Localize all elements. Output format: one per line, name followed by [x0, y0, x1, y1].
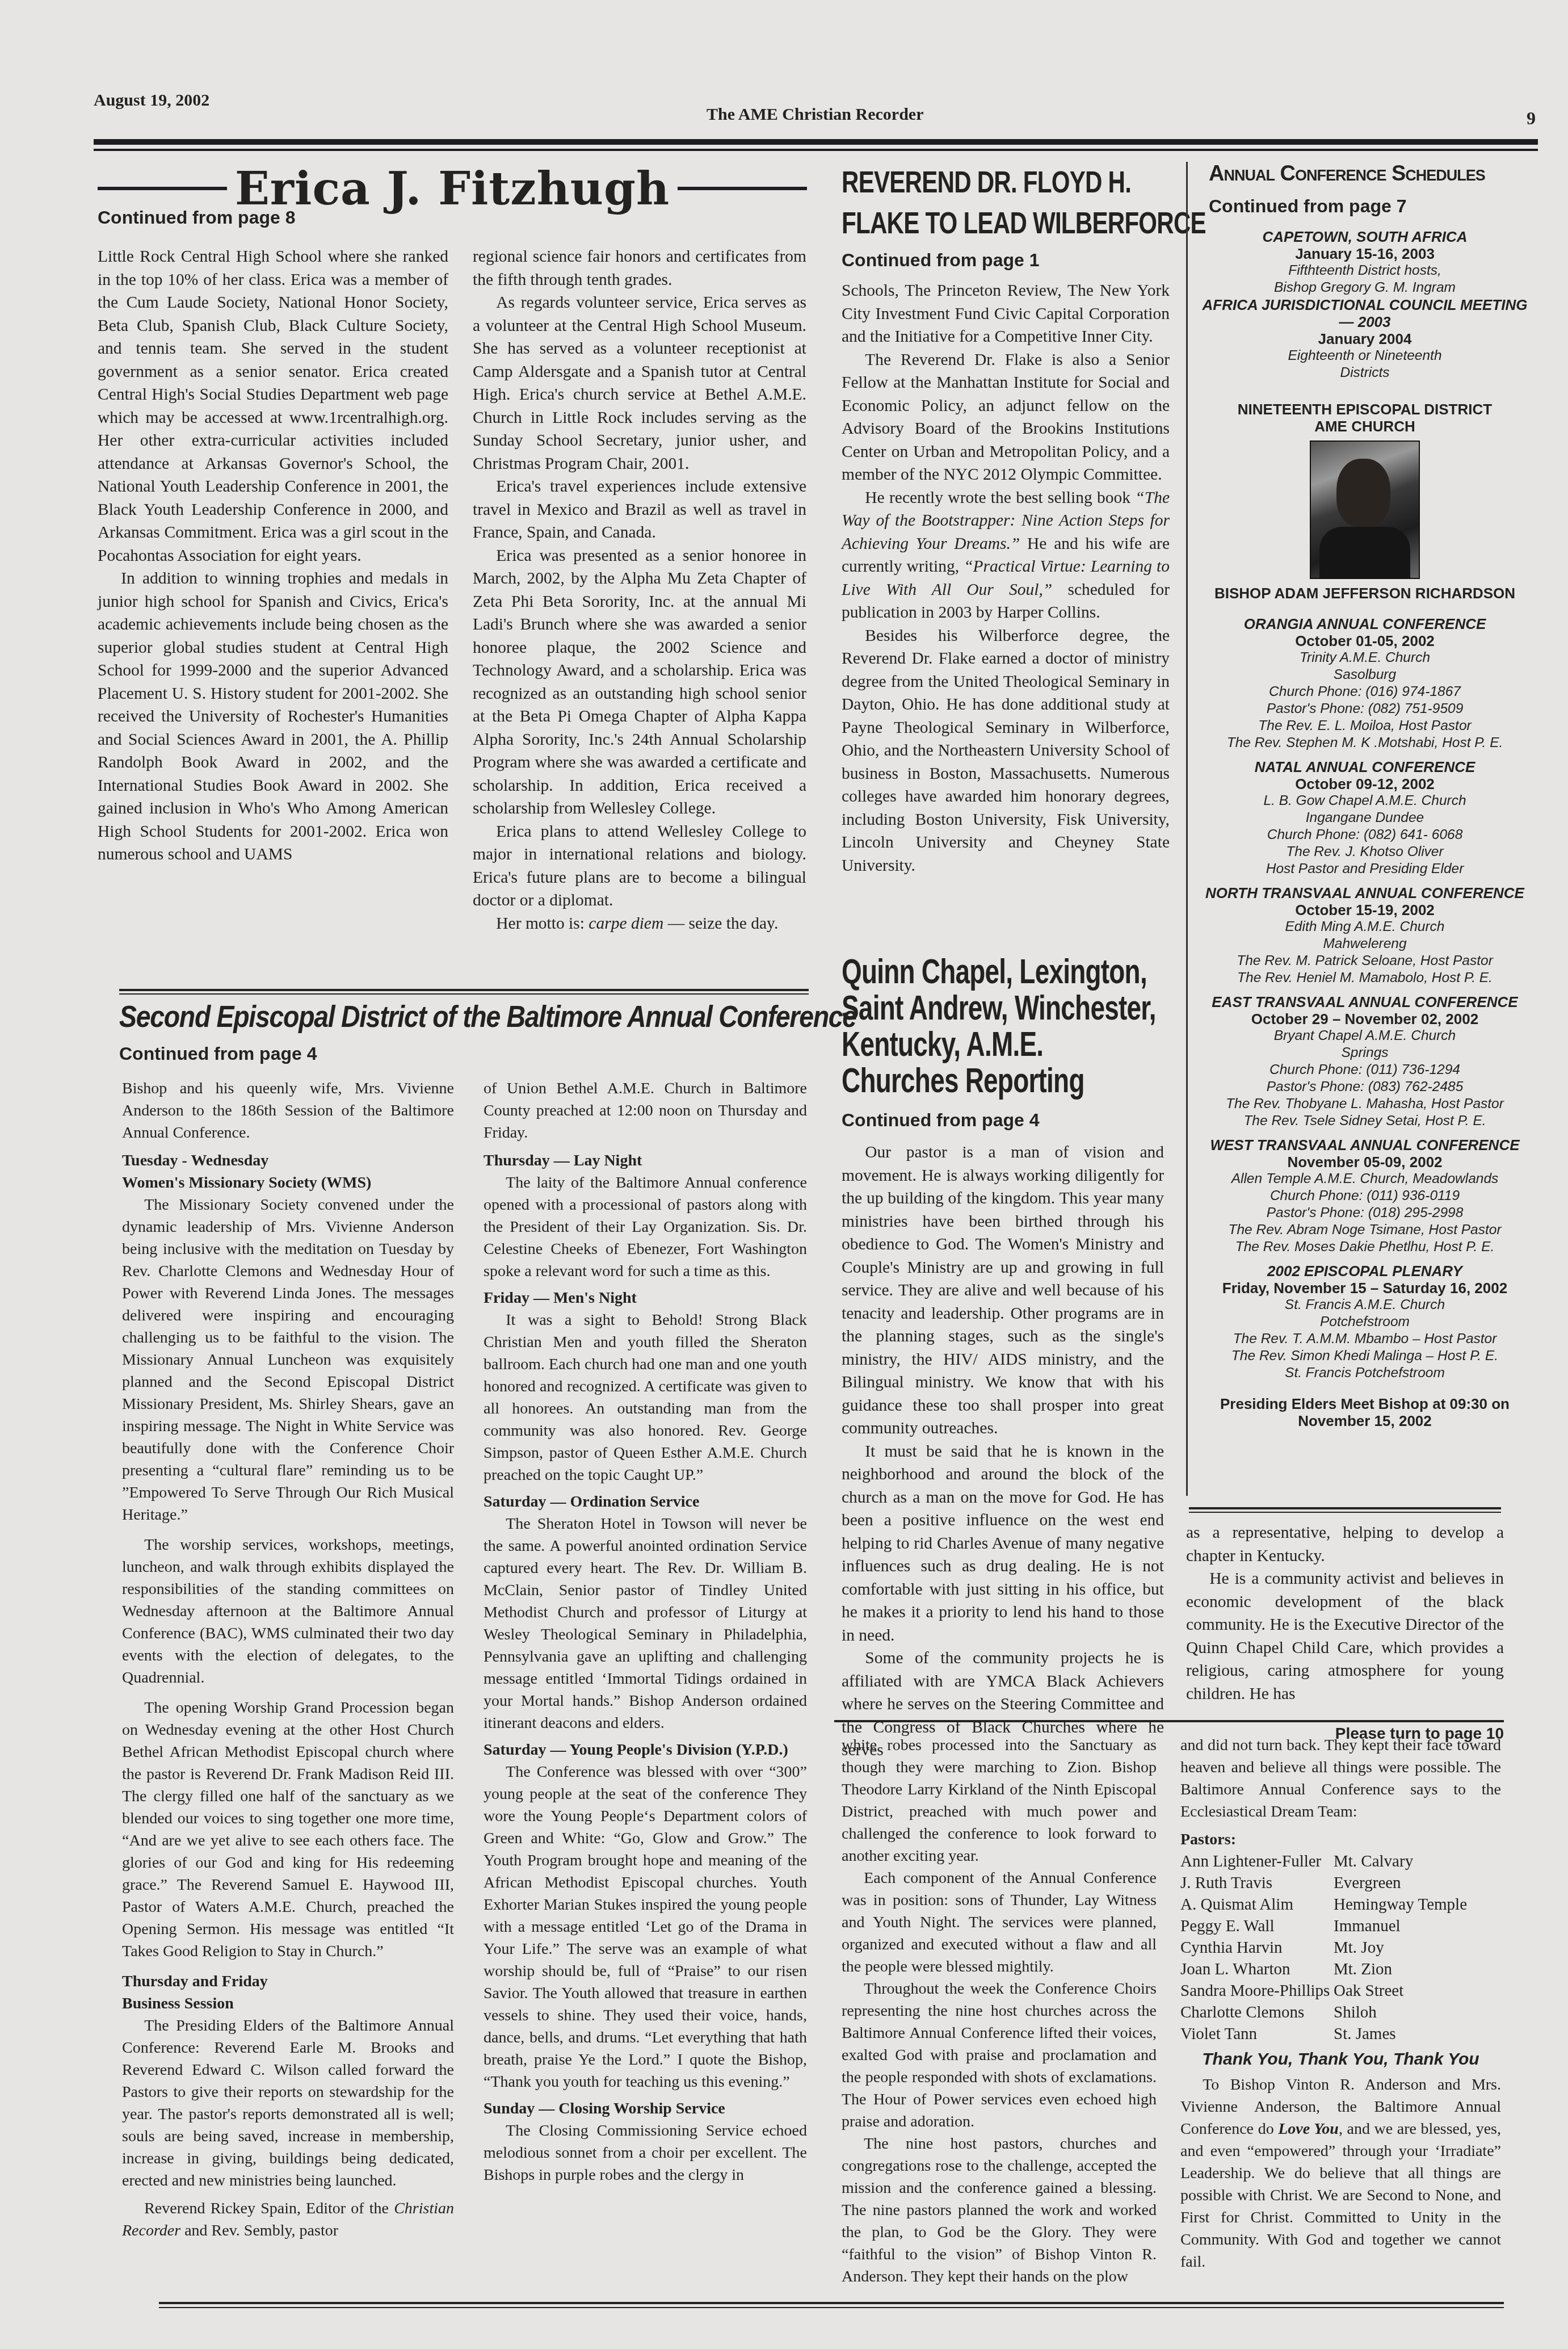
quinn-paragraph: He is a community activist and believes …: [1186, 1567, 1504, 1705]
conference-item: 2002 EPISCOPAL PLENARYFriday, November 1…: [1197, 1262, 1532, 1382]
pastor-name: A. Quismat Alim: [1180, 1894, 1334, 1915]
conference-detail: Church Phone: (082) 641- 6068: [1197, 827, 1532, 844]
erica-paragraph: regional science fair honors and certifi…: [473, 245, 806, 291]
conference-date: November 05-09, 2002: [1197, 1153, 1532, 1171]
conference-detail: Church Phone: (011) 736-1294: [1197, 1062, 1532, 1079]
quinn-paragraph: as a representative, helping to develop …: [1186, 1521, 1504, 1567]
masthead-rule: [94, 139, 1538, 145]
column-divider: [1186, 162, 1188, 1496]
conference-date: October 09-12, 2002: [1197, 775, 1532, 792]
conference-detail: Church Phone: (016) 974-1867: [1197, 683, 1532, 700]
headline-rule-right: [678, 187, 807, 190]
erica-column-2: regional science fair honors and certifi…: [473, 245, 806, 935]
pastor-church: Mt. Zion: [1334, 1958, 1501, 1980]
pastor-name: Cynthia Harvin: [1180, 1937, 1334, 1958]
conference-detail: The Rev. Thobyane L. Mahasha, Host Pasto…: [1197, 1096, 1532, 1113]
baltimore-column-4: and did not turn back. They kept their f…: [1180, 1734, 1501, 2273]
baltimore-continued: Continued from page 4: [119, 1043, 317, 1064]
erica-paragraph: Little Rock Central High School where sh…: [98, 245, 448, 567]
erica-paragraph: As regards volunteer service, Erica serv…: [473, 291, 806, 475]
conference-detail: The Rev. Simon Khedi Malinga – Host P. E…: [1197, 1348, 1532, 1365]
conference-detail: Pastor's Phone: (083) 762-2485: [1197, 1079, 1532, 1096]
portrait-suit: [1319, 527, 1410, 578]
masthead-rule-thin: [94, 149, 1538, 151]
conference-detail: L. B. Gow Chapel A.M.E. Church: [1197, 792, 1532, 809]
pastor-name: J. Ruth Travis: [1180, 1872, 1334, 1894]
erica-paragraph: Erica plans to attend Wellesley College …: [473, 820, 806, 912]
conference-detail: Sasolburg: [1197, 666, 1532, 683]
pastor-church: Oak Street: [1334, 1980, 1501, 2002]
conference-detail: Edith Ming A.M.E. Church: [1197, 918, 1532, 936]
erica-paragraph: Erica's travel experiences include exten…: [473, 475, 806, 544]
conference-detail: St. Francis A.M.E. Church: [1197, 1297, 1532, 1314]
schedule-item: CAPETOWN, SOUTH AFRICA January 15-16, 20…: [1197, 228, 1532, 296]
baltimore-column-3: white robes processed into the Sanctuary…: [842, 1734, 1157, 2288]
footer-rule: [159, 2302, 1504, 2304]
issue-date: August 19, 2002: [94, 91, 209, 110]
pastor-name: Ann Lightener-Fuller: [1180, 1851, 1334, 1872]
conference-detail: The Rev. T. A.M.M. Mbambo – Host Pastor: [1197, 1331, 1532, 1348]
conference-item: ORANGIA ANNUAL CONFERENCEOctober 01-05, …: [1197, 615, 1532, 752]
portrait-face: [1336, 459, 1390, 527]
flake-paragraph: Schools, The Princeton Review, The New Y…: [842, 279, 1170, 349]
conference-detail: Allen Temple A.M.E. Church, Meadowlands: [1197, 1171, 1532, 1188]
baltimore-headline: Second Episcopal District of the Baltimo…: [119, 999, 856, 1034]
conference-detail: The Rev. Moses Dakie Phetlhu, Host P. E.: [1197, 1239, 1532, 1256]
conference-date: October 15-19, 2002: [1197, 901, 1532, 918]
schedules-continued: Continued from page 7: [1209, 196, 1406, 217]
conference-date: Friday, November 15 – Saturday 16, 2002: [1197, 1280, 1532, 1297]
conference-detail: The Rev. J. Khotso Oliver: [1197, 844, 1532, 861]
conference-detail: Ingangane Dundee: [1197, 809, 1532, 827]
pastor-name: Peggy E. Wall: [1180, 1915, 1334, 1937]
conference-detail: Mahwelereng: [1197, 936, 1532, 953]
conference-detail: Bryant Chapel A.M.E. Church: [1197, 1027, 1532, 1045]
section-rule: [1189, 1507, 1501, 1509]
conference-detail: The Rev. Heniel M. Mamabolo, Host P. E.: [1197, 970, 1532, 987]
conference-detail: The Rev. M. Patrick Seloane, Host Pastor: [1197, 953, 1532, 970]
conference-detail: Potchefstroom: [1197, 1314, 1532, 1331]
page-number: 9: [1527, 108, 1536, 129]
pastor-church: Hemingway Temple: [1334, 1894, 1501, 1915]
flake-continued: Continued from page 1: [842, 250, 1039, 271]
erica-column-1: Little Rock Central High School where sh…: [98, 245, 448, 866]
section-rule: [1189, 1512, 1501, 1513]
quinn-continued-column: as a representative, helping to develop …: [1186, 1521, 1504, 1746]
section-rule: [119, 993, 809, 995]
conference-name: 2002 EPISCOPAL PLENARY: [1197, 1262, 1532, 1280]
conference-item: NATAL ANNUAL CONFERENCEOctober 09-12, 20…: [1197, 758, 1532, 878]
pastor-name: Charlotte Clemons: [1180, 2002, 1334, 2023]
conference-detail: The Rev. Abram Noge Tsimane, Host Pastor: [1197, 1222, 1532, 1239]
conference-date: October 29 – November 02, 2002: [1197, 1010, 1532, 1027]
quinn-column: Our pastor is a man of vision and moveme…: [842, 1141, 1164, 1762]
bishop-caption: BISHOP ADAM JEFFERSON RICHARDSON: [1197, 585, 1532, 602]
schedules-headline: Annual Conference Schedules: [1209, 162, 1485, 186]
conference-name: NORTH TRANSVAAL ANNUAL CONFERENCE: [1197, 884, 1532, 901]
pastor-name: Violet Tann: [1180, 2023, 1334, 2045]
flake-paragraph: The Reverend Dr. Flake is also a Senior …: [842, 349, 1170, 486]
conference-name: WEST TRANSVAAL ANNUAL CONFERENCE: [1197, 1136, 1532, 1153]
quinn-continued: Continued from page 4: [842, 1110, 1039, 1131]
publication-name: The AME Christian Recorder: [707, 105, 923, 124]
footer-rule: [159, 2307, 1504, 2308]
schedule-item: AFRICA JURISDICTIONAL COUNCIL MEETING — …: [1197, 296, 1532, 381]
presiding-elders-note: Presiding Elders Meet Bishop at 09:30 on…: [1197, 1395, 1532, 1429]
conference-name: EAST TRANSVAAL ANNUAL CONFERENCE: [1197, 993, 1532, 1010]
conference-item: NORTH TRANSVAAL ANNUAL CONFERENCEOctober…: [1197, 884, 1532, 987]
conference-detail: The Rev. E. L. Moiloa, Host Pastor: [1197, 718, 1532, 735]
conference-detail: Pastor's Phone: (082) 751-9509: [1197, 700, 1532, 718]
pastor-church: Mt. Joy: [1334, 1937, 1501, 1958]
flake-paragraph: Besides his Wilberforce degree, the Reve…: [842, 624, 1170, 878]
quinn-headline: Quinn Chapel, Lexington, Saint Andrew, W…: [842, 954, 1156, 1099]
schedule-list: CAPETOWN, SOUTH AFRICA January 15-16, 20…: [1197, 228, 1532, 1429]
pastor-church: Evergreen: [1334, 1872, 1501, 1894]
baltimore-column-1: Bishop and his queenly wife, Mrs. Vivien…: [122, 1077, 454, 2242]
conference-detail: The Rev. Stephen M. K .Motshabi, Host P.…: [1197, 735, 1532, 752]
conference-detail: Church Phone: (011) 936-0119: [1197, 1188, 1532, 1205]
conference-detail: The Rev. Tsele Sidney Setai, Host P. E.: [1197, 1113, 1532, 1130]
conference-date: October 01-05, 2002: [1197, 632, 1532, 649]
district-heading: NINETEENTH EPISCOPAL DISTRICT AME CHURCH: [1197, 401, 1532, 435]
baltimore-column-2: of Union Bethel A.M.E. Church in Baltimo…: [484, 1077, 807, 2186]
pastor-name: Sandra Moore-Phillips: [1180, 1980, 1334, 2002]
flake-headline: Reverend Dr. Floyd H. Flake to Lead Wilb…: [842, 162, 1090, 244]
headline-rule-left: [98, 187, 227, 190]
pastor-church: St. James: [1334, 2023, 1501, 2045]
conference-name: ORANGIA ANNUAL CONFERENCE: [1197, 615, 1532, 632]
conference-item: EAST TRANSVAAL ANNUAL CONFERENCEOctober …: [1197, 993, 1532, 1130]
erica-paragraph: In addition to winning trophies and meda…: [98, 567, 448, 866]
conference-detail: Springs: [1197, 1045, 1532, 1062]
erica-paragraph: Erica was presented as a senior honoree …: [473, 544, 806, 820]
conference-item: WEST TRANSVAAL ANNUAL CONFERENCENovember…: [1197, 1136, 1532, 1256]
erica-motto: Her motto is: carpe diem — seize the day…: [473, 912, 806, 936]
conference-detail: St. Francis Potchefstroom: [1197, 1365, 1532, 1382]
thanks-line: Thank You, Thank You, Thank You: [1180, 2048, 1501, 2070]
conference-list: ORANGIA ANNUAL CONFERENCEOctober 01-05, …: [1197, 615, 1532, 1382]
erica-continued: Continued from page 8: [98, 207, 295, 228]
conference-detail: Host Pastor and Presiding Elder: [1197, 861, 1532, 878]
section-rule: [119, 989, 809, 991]
pastor-church: Mt. Calvary: [1334, 1851, 1501, 1872]
erica-headline-text: Erica J. Fitzhugh: [235, 162, 670, 215]
conference-detail: Trinity A.M.E. Church: [1197, 649, 1532, 666]
flake-paragraph: He recently wrote the best selling book …: [842, 486, 1170, 624]
conference-detail: Pastor's Phone: (018) 295-2998: [1197, 1205, 1532, 1222]
pastor-list: Ann Lightener-FullerMt. CalvaryJ. Ruth T…: [1180, 1851, 1501, 2045]
bishop-photo: [1310, 441, 1420, 579]
pastor-church: Immanuel: [1334, 1915, 1501, 1937]
conference-name: NATAL ANNUAL CONFERENCE: [1197, 758, 1532, 775]
pastor-church: Shiloh: [1334, 2002, 1501, 2023]
flake-column: Schools, The Princeton Review, The New Y…: [842, 279, 1170, 877]
pastor-name: Joan L. Wharton: [1180, 1958, 1334, 1980]
